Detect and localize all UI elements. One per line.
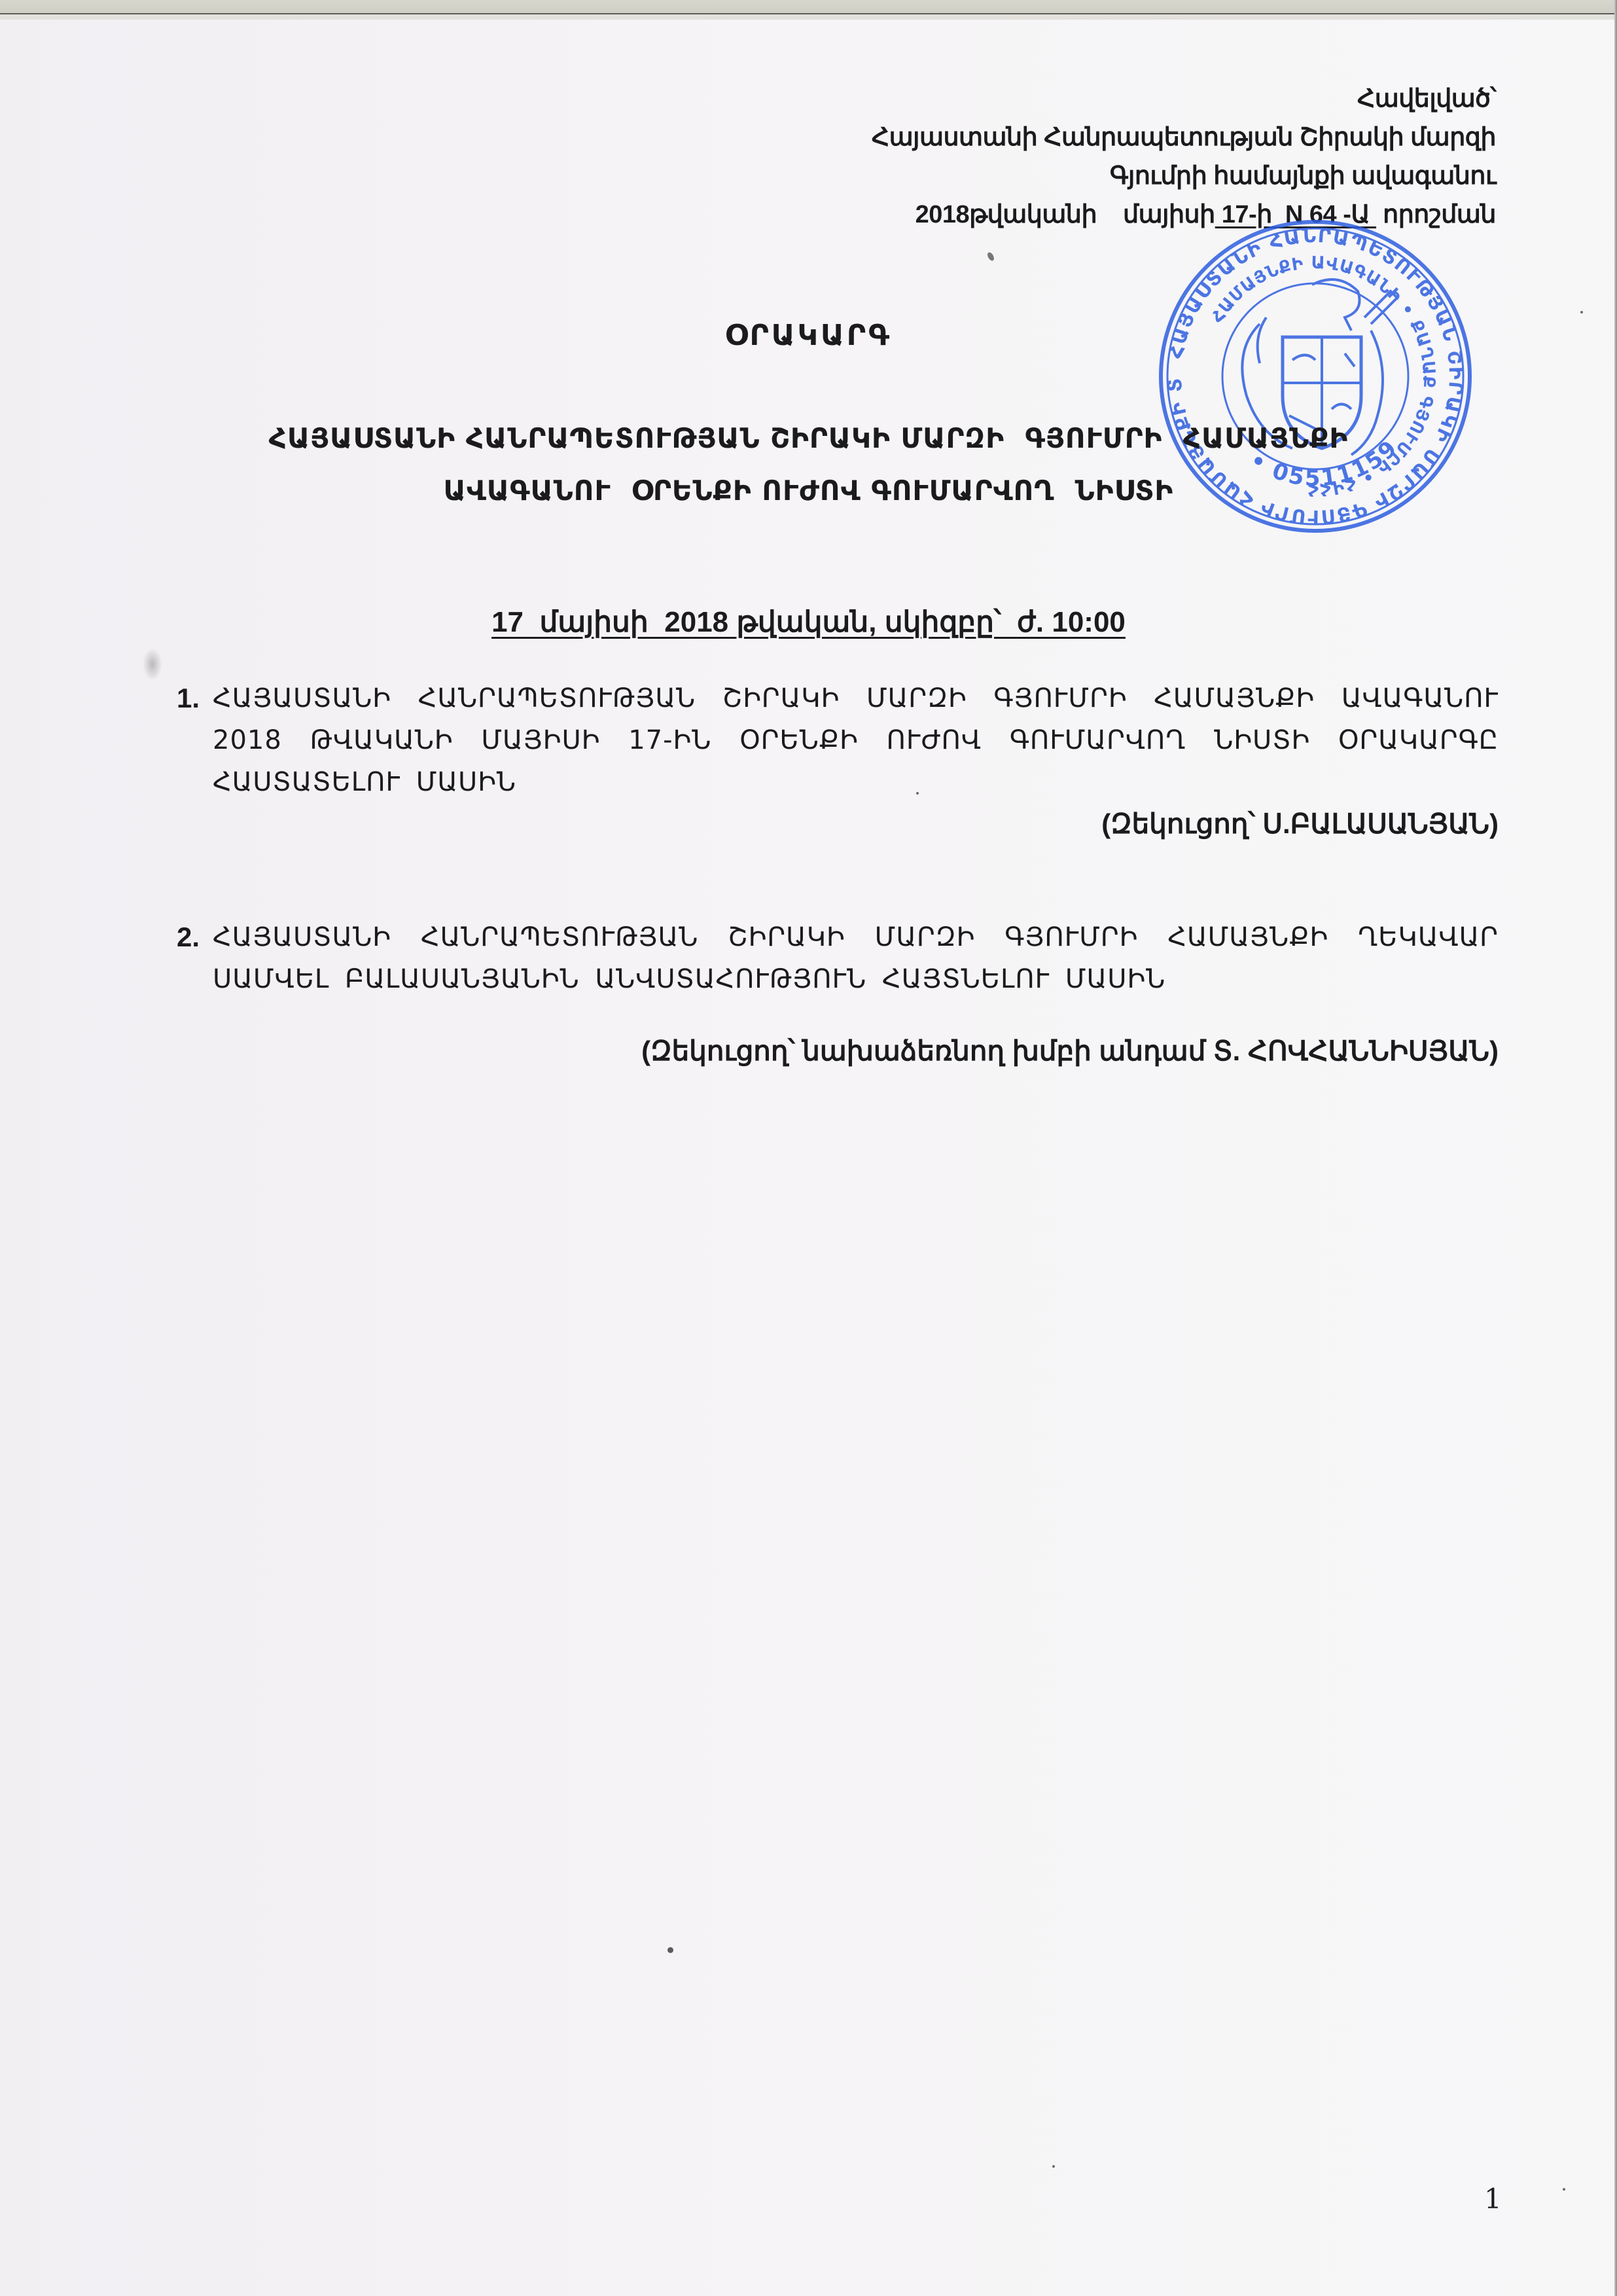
- scan-speck: [667, 1947, 673, 1953]
- scan-smudge: [143, 648, 162, 681]
- approval-annex-label: Հավելված՝: [872, 80, 1496, 118]
- session-datetime: 17 մայիսի 2018 թվական, սկիզբը՝ ժ. 10:00: [0, 605, 1617, 639]
- session-heading-line1: ՀԱՅԱՍՏԱՆԻ ՀԱՆՐԱՊԵՏՈՒԹՅԱՆ ՇԻՐԱԿԻ ՄԱՐԶԻ ԳՅ…: [0, 412, 1617, 465]
- agenda-item: 1. ՀԱՅԱՍՏԱՆԻ ՀԱՆՐԱՊԵՏՈՒԹՅԱՆ ՇԻՐԱԿԻ ՄԱՐԶԻ…: [177, 677, 1499, 845]
- agenda-item-text: ՀԱՅԱՍՏԱՆԻ ՀԱՆՐԱՊԵՏՈՒԹՅԱՆ ՇԻՐԱԿԻ ՄԱՐԶԻ ԳՅ…: [213, 916, 1499, 1000]
- agenda-item-reporter: (Զեկուցող՝ Ս.ԲԱԼԱՍԱՆՅԱՆ): [177, 803, 1499, 845]
- page-number: 1: [1484, 2183, 1502, 2215]
- scan-speck: [1563, 2188, 1565, 2191]
- session-heading-line2: ԱՎԱԳԱՆՈՒ ՕՐԵՆՔԻ ՈՒԺՈՎ ԳՈՒՄԱՐՎՈՂ ՆԻՍՏԻ: [0, 465, 1617, 517]
- scanner-top-edge: [0, 0, 1617, 14]
- document-title: ՕՐԱԿԱՐԳ: [0, 319, 1617, 352]
- approval-council-line: Գյումրի համայնքի ավագանու: [872, 157, 1496, 196]
- scanner-top-strip: [0, 14, 1617, 20]
- scan-speck: [1052, 2165, 1055, 2168]
- session-heading: ՀԱՅԱՍՏԱՆԻ ՀԱՆՐԱՊԵՏՈՒԹՅԱՆ ՇԻՐԱԿԻ ՄԱՐԶԻ ԳՅ…: [0, 412, 1617, 517]
- agenda-item: 2. ՀԱՅԱՍՏԱՆԻ ՀԱՆՐԱՊԵՏՈՒԹՅԱՆ ՇԻՐԱԿԻ ՄԱՐԶԻ…: [177, 916, 1499, 1072]
- approval-region-line: Հայաստանի Հանրապետության Շիրակի մարզի: [872, 118, 1496, 157]
- agenda-item-text: ՀԱՅԱՍՏԱՆԻ ՀԱՆՐԱՊԵՏՈՒԹՅԱՆ ՇԻՐԱԿԻ ՄԱՐԶԻ ԳՅ…: [213, 677, 1499, 803]
- approval-block: Հավելված՝ Հայաստանի Հանրապետության Շիրակ…: [872, 80, 1496, 234]
- agenda-item-number: 2.: [177, 916, 200, 958]
- session-datetime-text: 17 մայիսի 2018 թվական, սկիզբը՝ ժ. 10:00: [491, 606, 1126, 638]
- approval-year: 2018թվականի: [915, 201, 1097, 228]
- agenda-item-reporter: (Զեկուցող՝ նախաձեռնող խմբի անդամ Տ. ՀՈՎՀ…: [177, 1030, 1499, 1072]
- agenda-item-number: 1.: [177, 677, 200, 719]
- scan-speck: [1580, 311, 1583, 314]
